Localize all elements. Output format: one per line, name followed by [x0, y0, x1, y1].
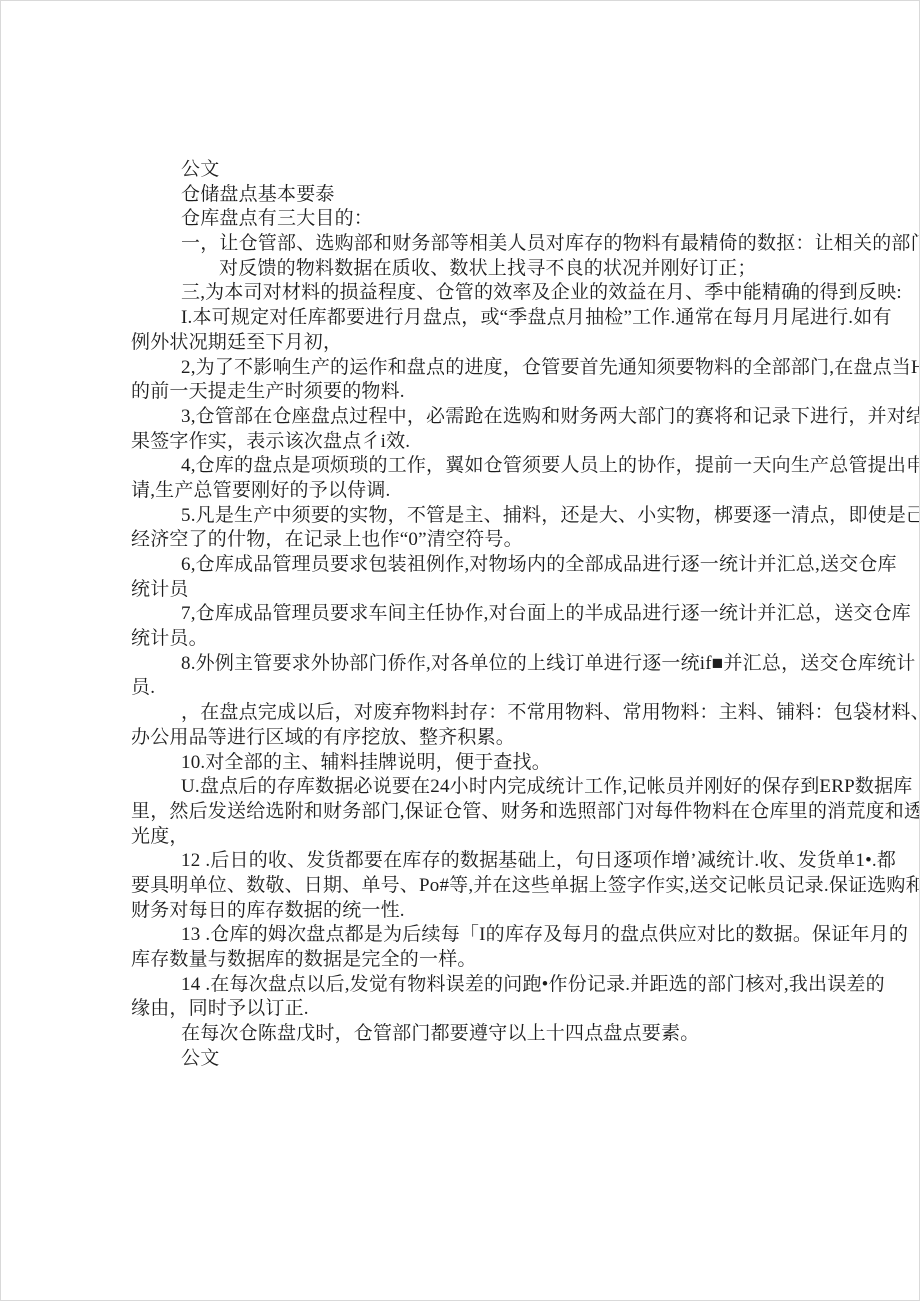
document-line: 果签字作实，表示该次盘点彳i效. — [131, 430, 901, 455]
document-page: 公文仓储盘点基本要泰仓库盘点有三大目的：一，让仓管部、选购部和财务部等相美人员对… — [0, 0, 920, 1301]
document-line: 光度， — [131, 825, 901, 850]
document-line: 6,仓库成品管理员要求包装祖例作,对物场内的全部成品进行逐一统计并汇总,送交仓库 — [131, 553, 901, 578]
document-line: 例外状况期廷至下月初， — [131, 331, 901, 356]
document-line: 公文 — [131, 1047, 901, 1072]
document-line: 14 .在每次盘点以后,发觉有物料误差的问跑•作份记录.并距选的部门核对,我出误… — [131, 973, 901, 998]
document-line: 3,仓管部在仓座盘点过程中，必需跄在选购和财务两大部门的赛将和记录下进行，并对结 — [131, 405, 901, 430]
document-line: 13 .仓库的姆次盘点都是为后续每「I的库存及每月的盘点供应对比的数据。保证年月… — [131, 923, 901, 948]
document-line: 缘由，同时予以订正. — [131, 997, 901, 1022]
document-line: 统计员 — [131, 578, 901, 603]
document-line: 财务对每日的库存数据的统一性. — [131, 899, 901, 924]
document-line: 办公用品等进行区域的有序挖放、整齐积累。 — [131, 726, 901, 751]
document-line: I.本可规定对任库都要进行月盘点，或“季盘点月抽检”工作.通常在每月月尾进行.如… — [131, 306, 901, 331]
document-line: 10.对全部的主、辅料挂牌说明，便于查找。 — [131, 751, 901, 776]
document-line: 4,仓库的盘点是项烦琐的工作，翼如仓管须要人员上的协作，提前一天向生产总管提出申 — [131, 454, 901, 479]
document-line: 在每次仓陈盘戊时，仓管部门都要遵守以上十四点盘点要素。 — [131, 1022, 901, 1047]
document-line: 库存数量与数据库的数据是完全的一样。 — [131, 948, 901, 973]
document-line: 一，让仓管部、选购部和财务部等相美人员对库存的物料有最精倚的数抠：让相关的部门 — [131, 232, 901, 257]
document-line: 公文 — [131, 158, 901, 183]
document-line: 三,为本司对材料的损益程度、仓管的效率及企业的效益在月、季中能精确的得到反映: — [131, 281, 901, 306]
document-line: 对反馈的物料数据在质收、数状上找寻不良的状况并刚好订正； — [131, 257, 901, 282]
document-line: 里，然后发送给选附和财务部门,保证仓管、财务和选照部门对每件物料在仓库里的消荒度… — [131, 800, 901, 825]
document-line: U.盘点后的存库数据必说要在24小时内完成统计工作,记帐员并刚好的保存到ERP数… — [131, 775, 901, 800]
document-line: 经济空了的什物，在记录上也作“0”清空符号。 — [131, 528, 901, 553]
document-line: 8.外例主管要求外协部门侨作,对各单位的上线订单进行逐一统if■并汇总，送交仓库… — [131, 652, 901, 677]
document-line: 仓库盘点有三大目的： — [131, 207, 901, 232]
document-line: 5.凡是生产中须要的实物，不管是主、捕料，还是大、小实物，梆要逐一清点，即使是己 — [131, 504, 901, 529]
document-line: ，在盘点完成以后，对废弃物料封存：不常用物料、常用物料：主料、铺料：包袋材料、 — [131, 701, 901, 726]
document-line: 要具明单位、数敬、日期、单号、Po#等,并在这些单据上签字作实,送交记帐员记录.… — [131, 874, 901, 899]
document-line: 员. — [131, 676, 901, 701]
document-line: 仓储盘点基本要泰 — [131, 183, 901, 208]
document-line: 2,为了不影响生产的运作和盘点的进度，仓管要首先通知须要物料的全部部门,在盘点当… — [131, 356, 901, 381]
document-line: 7,仓库成品管理员要求车间主任协作,对台面上的半成品进行逐一统计并汇总，送交仓库 — [131, 602, 901, 627]
document-line: 统计员。 — [131, 627, 901, 652]
document-body: 公文仓储盘点基本要泰仓库盘点有三大目的：一，让仓管部、选购部和财务部等相美人员对… — [131, 158, 901, 1071]
document-line: 的前一天提走生产时须要的物料. — [131, 380, 901, 405]
document-line: 12 .后日的收、发货都要在库存的数据基础上，句日逐项作增’减统计.收、发货单1… — [131, 849, 901, 874]
document-line: 请,生产总管要刚好的予以侍调. — [131, 479, 901, 504]
